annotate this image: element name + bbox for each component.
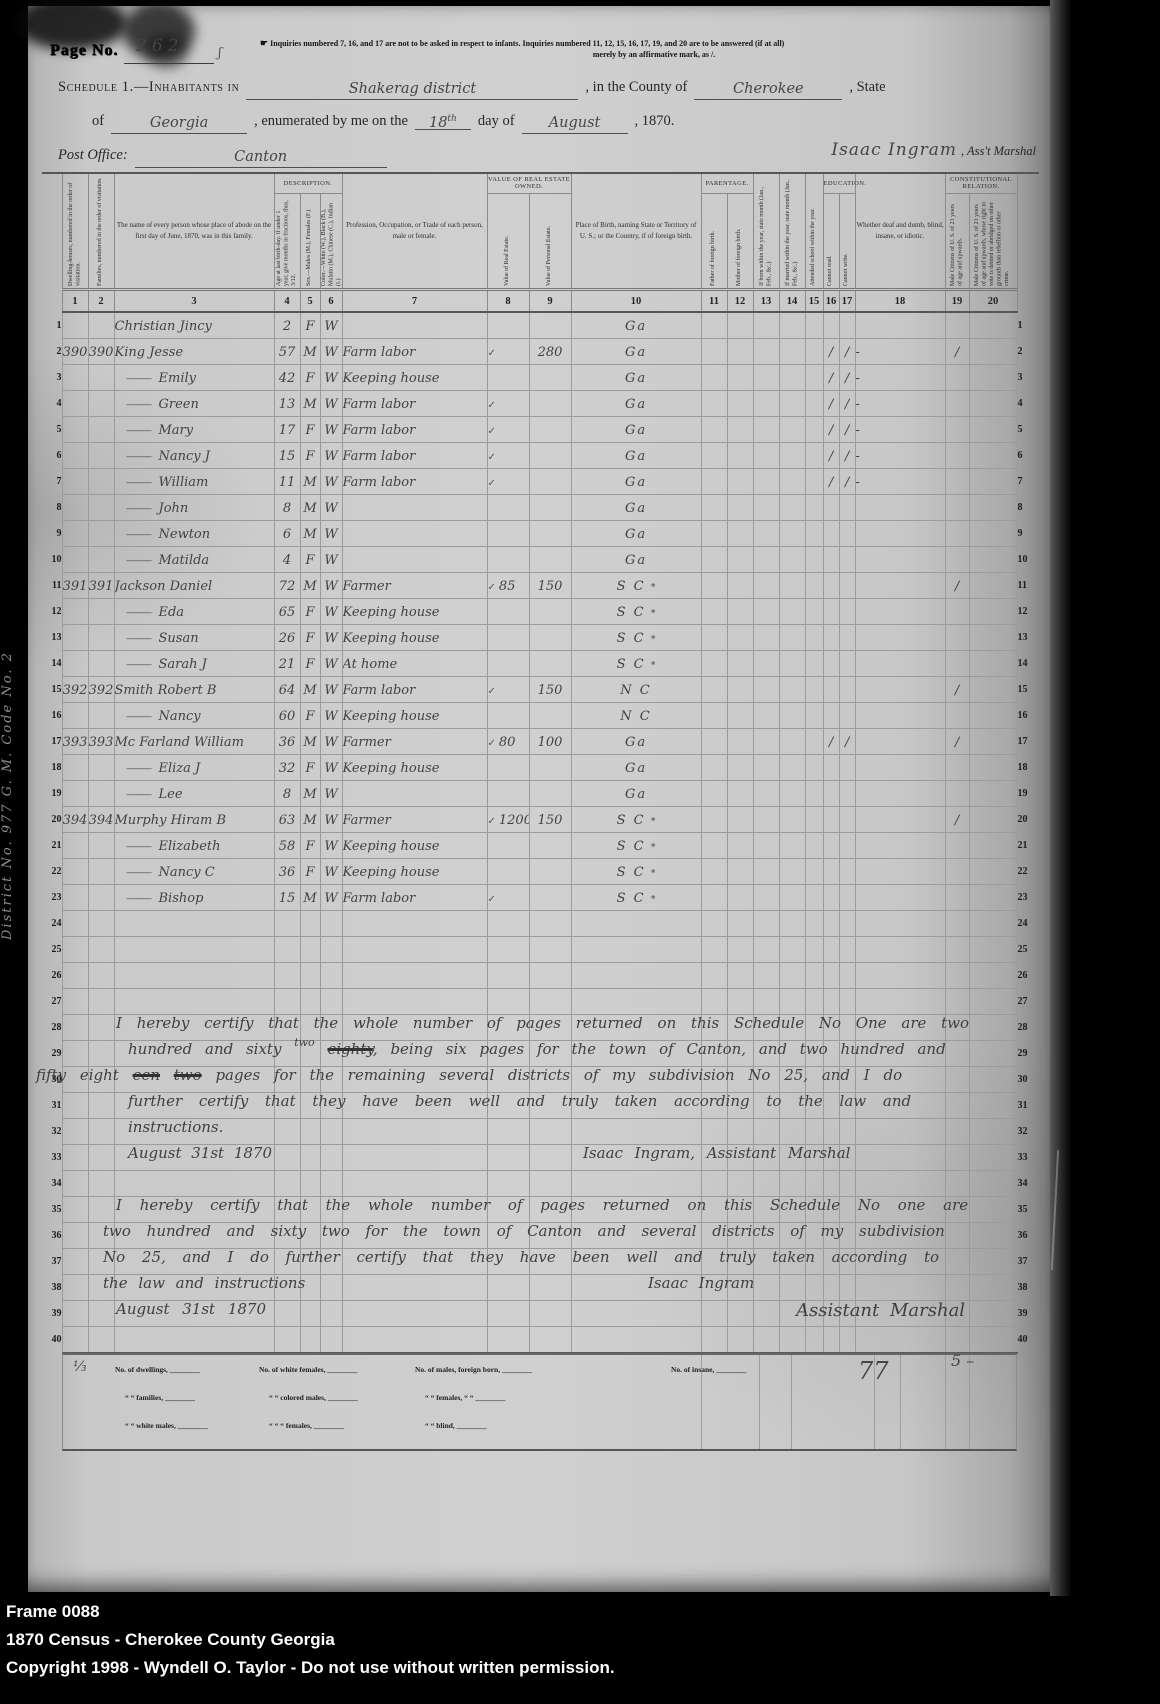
sex-cell — [300, 1171, 320, 1197]
row-number-left: 29 — [42, 1041, 62, 1067]
cannot-read-cell: / — [823, 391, 839, 417]
post-office-blank: Canton — [135, 149, 387, 168]
sex-cell: F — [300, 443, 320, 469]
personal-estate-value-cell — [529, 885, 571, 911]
color-cell: W — [320, 391, 342, 417]
vote-denied-cell — [969, 729, 1017, 755]
marshal-signature-block: Isaac Ingram , Ass't Marshal — [831, 140, 1036, 160]
male-citizen-cell — [945, 365, 969, 391]
age-cell: 64 — [274, 677, 300, 703]
summary-left-mark: ⅓ — [73, 1359, 87, 1375]
sex-cell: F — [300, 312, 320, 339]
summary-insane-label: No. of insane, ________ — [671, 1365, 746, 1374]
mother-foreign-cell — [727, 989, 753, 1015]
age-cell — [274, 1119, 300, 1145]
row-number-right: 37 — [1017, 1249, 1039, 1275]
occupation-cell — [342, 989, 487, 1015]
family-number-cell — [88, 859, 114, 885]
birthplace-cell: Ga — [571, 365, 701, 391]
real-estate-value-cell: ✓ — [487, 417, 529, 443]
male-citizen-cell — [945, 703, 969, 729]
personal-estate-value-cell — [529, 365, 571, 391]
row-number-right: 14 — [1017, 651, 1039, 677]
real-estate-value-cell — [487, 963, 529, 989]
row-number-right: 39 — [1017, 1301, 1039, 1327]
census-row: 9——Newton6MWGa9 — [42, 521, 1039, 547]
born-month-cell — [753, 651, 779, 677]
dwelling-number-cell — [62, 755, 88, 781]
real-estate-value-cell — [487, 495, 529, 521]
married-month-cell — [779, 573, 805, 599]
col-header-sex: Sex.—Males (M.), Females (F.) — [300, 193, 320, 289]
census-row: 7——William11MWFarm labor✓Ga//-7 — [42, 469, 1039, 495]
name-cell: King Jesse — [114, 339, 274, 365]
married-month-cell — [779, 911, 805, 937]
cannot-write-cell — [839, 1275, 855, 1301]
cannot-write-cell — [839, 495, 855, 521]
census-row: 2390390King Jesse57MWFarm labor✓280Ga//-… — [42, 339, 1039, 365]
mother-foreign-cell — [727, 443, 753, 469]
row-number-right: 27 — [1017, 989, 1039, 1015]
certification-line: Isaac Ingram — [648, 1274, 754, 1292]
father-foreign-cell — [701, 989, 727, 1015]
cannot-write-cell — [839, 703, 855, 729]
family-number-cell — [88, 1327, 114, 1354]
male-citizen-cell — [945, 1093, 969, 1119]
school-cell — [805, 1119, 823, 1145]
school-cell — [805, 573, 823, 599]
cannot-write-cell — [839, 651, 855, 677]
birthplace-cell — [571, 963, 701, 989]
family-number-cell — [88, 547, 114, 573]
birthplace-cell: Ga — [571, 729, 701, 755]
vote-denied-cell — [969, 1093, 1017, 1119]
dwelling-number-cell: 391 — [62, 573, 88, 599]
row-number-left: 22 — [42, 859, 62, 885]
dwelling-number-cell — [62, 1119, 88, 1145]
row-number-right: 29 — [1017, 1041, 1039, 1067]
mother-foreign-cell — [727, 599, 753, 625]
father-foreign-cell — [701, 495, 727, 521]
inquiries-note: ☛ Inquiries numbered 7, 16, and 17 are n… — [260, 38, 1048, 60]
cannot-write-cell — [839, 859, 855, 885]
personal-estate-value-cell — [529, 625, 571, 651]
color-cell: W — [320, 339, 342, 365]
birthplace-cell — [571, 911, 701, 937]
sex-cell: M — [300, 339, 320, 365]
certification-line: two hundred and sixty two for the town o… — [103, 1222, 945, 1240]
school-cell — [805, 365, 823, 391]
age-cell: 57 — [274, 339, 300, 365]
dwelling-number-cell — [62, 521, 88, 547]
occupation-cell: Keeping house — [342, 365, 487, 391]
disability-cell: - — [855, 391, 945, 417]
real-estate-value-cell — [487, 911, 529, 937]
born-month-cell — [753, 1275, 779, 1301]
vote-denied-cell — [969, 1301, 1017, 1327]
row-number-left: 11 — [42, 573, 62, 599]
disability-cell: - — [855, 365, 945, 391]
cannot-read-cell — [823, 911, 839, 937]
vote-denied-cell — [969, 755, 1017, 781]
census-table: Dwelling-houses, numbered in the order o… — [42, 172, 1039, 1354]
dwelling-number-cell — [62, 365, 88, 391]
occupation-cell — [342, 312, 487, 339]
male-citizen-cell — [945, 651, 969, 677]
dwelling-number-cell: 394 — [62, 807, 88, 833]
born-month-cell — [753, 312, 779, 339]
vote-denied-cell — [969, 1275, 1017, 1301]
sex-cell: F — [300, 599, 320, 625]
occupation-cell: Farm labor — [342, 417, 487, 443]
married-month-cell — [779, 859, 805, 885]
personal-estate-value-cell: 150 — [529, 573, 571, 599]
married-month-cell — [779, 547, 805, 573]
family-number-cell: 390 — [88, 339, 114, 365]
disability-cell — [855, 729, 945, 755]
name-cell: ——Eliza J — [114, 755, 274, 781]
dwelling-number-cell — [62, 1223, 88, 1249]
cannot-write-cell — [839, 989, 855, 1015]
row-number-left: 28 — [42, 1015, 62, 1041]
dwelling-number-cell — [62, 312, 88, 339]
personal-estate-value-cell — [529, 703, 571, 729]
real-estate-value-cell — [487, 833, 529, 859]
cannot-read-cell — [823, 755, 839, 781]
birthplace-cell: S C * — [571, 651, 701, 677]
post-office-value: Canton — [234, 149, 287, 165]
dwelling-number-cell — [62, 703, 88, 729]
age-cell: 2 — [274, 312, 300, 339]
name-cell: ——Susan — [114, 625, 274, 651]
personal-estate-value-cell — [529, 755, 571, 781]
vote-denied-cell — [969, 599, 1017, 625]
family-number-cell — [88, 781, 114, 807]
col-header-school: Attended school within the year. — [805, 173, 823, 290]
male-citizen-cell — [945, 1327, 969, 1354]
color-cell: W — [320, 521, 342, 547]
census-row: 10——Matilda4FWGa10 — [42, 547, 1039, 573]
father-foreign-cell — [701, 859, 727, 885]
col-number: 5 — [300, 290, 320, 313]
summary-blind-label: “ “ blind, ________ — [425, 1421, 487, 1430]
father-foreign-cell — [701, 755, 727, 781]
sex-cell: F — [300, 625, 320, 651]
group-header-education: Education. — [823, 173, 855, 193]
col-header-father-foreign: Father of foreign birth. — [701, 193, 727, 289]
color-cell: W — [320, 703, 342, 729]
occupation-cell: Farmer — [342, 807, 487, 833]
father-foreign-cell — [701, 391, 727, 417]
dwelling-number-cell — [62, 391, 88, 417]
row-number-left: 12 — [42, 599, 62, 625]
male-citizen-cell — [945, 989, 969, 1015]
row-number-right: 20 — [1017, 807, 1039, 833]
male-citizen-cell — [945, 755, 969, 781]
age-cell: 58 — [274, 833, 300, 859]
male-citizen-cell — [945, 1041, 969, 1067]
age-cell: 15 — [274, 443, 300, 469]
book-binding-edge — [1050, 0, 1072, 1596]
disability-cell — [855, 547, 945, 573]
male-citizen-cell — [945, 391, 969, 417]
father-foreign-cell — [701, 937, 727, 963]
vote-denied-cell — [969, 1041, 1017, 1067]
row-number-right: 1 — [1017, 312, 1039, 339]
vote-denied-cell — [969, 885, 1017, 911]
sex-cell — [300, 937, 320, 963]
age-cell: 8 — [274, 495, 300, 521]
married-month-cell — [779, 755, 805, 781]
occupation-cell: Farm labor — [342, 391, 487, 417]
col-number: 10 — [571, 290, 701, 313]
married-month-cell — [779, 989, 805, 1015]
dwelling-number-cell — [62, 1249, 88, 1275]
col-number: 1 — [62, 290, 88, 313]
col-header-born-month: If born within the year, state month (Ja… — [753, 173, 779, 290]
cannot-write-cell — [839, 781, 855, 807]
row-number-right: 16 — [1017, 703, 1039, 729]
vote-denied-cell — [969, 469, 1017, 495]
row-number-right: 13 — [1017, 625, 1039, 651]
county-blank: Cherokee — [694, 81, 842, 100]
male-citizen-cell — [945, 1067, 969, 1093]
census-row: 2626 — [42, 963, 1039, 989]
disability-cell — [855, 885, 945, 911]
dwelling-number-cell — [62, 495, 88, 521]
male-citizen-cell — [945, 495, 969, 521]
name-cell — [114, 1171, 274, 1197]
page-no-value: 262 — [136, 36, 183, 56]
father-foreign-cell — [701, 911, 727, 937]
cannot-read-cell — [823, 1327, 839, 1354]
row-number-left: 15 — [42, 677, 62, 703]
cannot-write-cell — [839, 573, 855, 599]
father-foreign-cell — [701, 963, 727, 989]
born-month-cell — [753, 547, 779, 573]
school-cell — [805, 417, 823, 443]
col-number: 8 — [487, 290, 529, 313]
age-cell — [274, 911, 300, 937]
vote-denied-cell — [969, 937, 1017, 963]
birthplace-cell: Ga — [571, 781, 701, 807]
cannot-write-cell — [839, 937, 855, 963]
real-estate-value-cell — [487, 1327, 529, 1354]
school-cell — [805, 625, 823, 651]
vote-denied-cell — [969, 521, 1017, 547]
row-number-right: 35 — [1017, 1197, 1039, 1223]
cannot-write-cell: / — [839, 417, 855, 443]
occupation-cell — [342, 1275, 487, 1301]
caption-title: 1870 Census - Cherokee County Georgia — [6, 1626, 615, 1654]
vote-denied-cell — [969, 859, 1017, 885]
age-cell: 36 — [274, 729, 300, 755]
mother-foreign-cell — [727, 495, 753, 521]
father-foreign-cell — [701, 833, 727, 859]
family-number-cell — [88, 703, 114, 729]
summary-footer-strip: ⅓No. of dwellings, ________No. of white … — [62, 1353, 1017, 1451]
color-cell: W — [320, 859, 342, 885]
father-foreign-cell — [701, 677, 727, 703]
certification-line: further certify that they have been well… — [128, 1092, 911, 1110]
family-number-cell: 391 — [88, 573, 114, 599]
col-number: 17 — [839, 290, 855, 313]
cannot-write-cell — [839, 521, 855, 547]
family-number-cell — [88, 599, 114, 625]
personal-estate-value-cell — [529, 547, 571, 573]
color-cell: W — [320, 677, 342, 703]
row-number-right: 36 — [1017, 1223, 1039, 1249]
census-row: 14——Sarah J21FWAt homeS C *14 — [42, 651, 1039, 677]
color-cell — [320, 989, 342, 1015]
cannot-write-cell — [839, 911, 855, 937]
age-cell: 21 — [274, 651, 300, 677]
birthplace-cell — [571, 1171, 701, 1197]
school-cell — [805, 495, 823, 521]
disability-cell — [855, 625, 945, 651]
disability-cell — [855, 703, 945, 729]
born-month-cell — [753, 859, 779, 885]
family-number-cell: 394 — [88, 807, 114, 833]
certification-line: I hereby certify that the whole number o… — [116, 1196, 968, 1214]
real-estate-value-cell — [487, 1119, 529, 1145]
male-citizen-cell — [945, 781, 969, 807]
cannot-write-cell: / — [839, 443, 855, 469]
dwelling-number-cell — [62, 859, 88, 885]
row-number-left: 5 — [42, 417, 62, 443]
age-cell: 65 — [274, 599, 300, 625]
vote-denied-cell — [969, 1015, 1017, 1041]
vote-denied-cell — [969, 781, 1017, 807]
real-estate-value-cell — [487, 547, 529, 573]
occupation-cell: Keeping house — [342, 755, 487, 781]
col-number: 6 — [320, 290, 342, 313]
cannot-write-cell — [839, 885, 855, 911]
male-citizen-cell — [945, 859, 969, 885]
cannot-read-cell — [823, 703, 839, 729]
real-estate-value-cell: ✓ — [487, 469, 529, 495]
certification-line: I hereby certify that the whole number o… — [116, 1014, 969, 1032]
vote-denied-cell — [969, 1119, 1017, 1145]
row-number-right: 23 — [1017, 885, 1039, 911]
age-cell: 42 — [274, 365, 300, 391]
row-number-right: 5 — [1017, 417, 1039, 443]
mother-foreign-cell — [727, 1327, 753, 1354]
row-number-left: 37 — [42, 1249, 62, 1275]
col-number: 3 — [114, 290, 274, 313]
family-number-cell — [88, 1171, 114, 1197]
age-cell: 26 — [274, 625, 300, 651]
row-number-left: 34 — [42, 1171, 62, 1197]
census-row: 18——Eliza J32FWKeeping houseGa18 — [42, 755, 1039, 781]
born-month-cell — [753, 625, 779, 651]
dwelling-number-cell — [62, 1197, 88, 1223]
mother-foreign-cell — [727, 677, 753, 703]
age-cell: 8 — [274, 781, 300, 807]
cannot-read-cell: / — [823, 729, 839, 755]
family-number-cell — [88, 885, 114, 911]
family-number-cell — [88, 495, 114, 521]
color-cell: W — [320, 573, 342, 599]
personal-estate-value-cell: 150 — [529, 807, 571, 833]
occupation-cell — [342, 495, 487, 521]
personal-estate-value-cell — [529, 312, 571, 339]
cannot-write-cell: / — [839, 391, 855, 417]
certification-line: the law and instructions — [103, 1274, 305, 1292]
name-cell — [114, 963, 274, 989]
father-foreign-cell — [701, 573, 727, 599]
birthplace-cell — [571, 989, 701, 1015]
disability-cell — [855, 312, 945, 339]
row-number-right: 24 — [1017, 911, 1039, 937]
disability-cell: - — [855, 469, 945, 495]
schedule-title-line: Schedule 1.—Inhabitants in Shakerag dist… — [58, 78, 1038, 100]
caption-copyright: Copyright 1998 - Wyndell O. Taylor - Do … — [6, 1654, 615, 1682]
row-number-right: 26 — [1017, 963, 1039, 989]
born-month-cell — [753, 807, 779, 833]
birthplace-cell: N C — [571, 703, 701, 729]
row-number-right: 32 — [1017, 1119, 1039, 1145]
vote-denied-cell — [969, 1327, 1017, 1354]
occupation-cell — [342, 521, 487, 547]
census-row: 2424 — [42, 911, 1039, 937]
disability-cell — [855, 573, 945, 599]
school-cell — [805, 469, 823, 495]
image-caption: Frame 0088 1870 Census - Cherokee County… — [6, 1598, 615, 1682]
census-row: 12——Eda65FWKeeping houseS C *12 — [42, 599, 1039, 625]
family-number-cell — [88, 1119, 114, 1145]
name-cell: ——Mary — [114, 417, 274, 443]
family-number-cell — [88, 365, 114, 391]
vote-denied-cell — [969, 833, 1017, 859]
mother-foreign-cell — [727, 625, 753, 651]
col-header-male-citizen: Male Citizens of U. S. of 21 years of ag… — [945, 193, 969, 289]
name-cell: Murphy Hiram B — [114, 807, 274, 833]
born-month-cell — [753, 703, 779, 729]
married-month-cell — [779, 443, 805, 469]
enumerated-label: , enumerated by me on the — [254, 113, 408, 129]
cannot-write-cell — [839, 1119, 855, 1145]
row-number-left: 10 — [42, 547, 62, 573]
name-cell: ——Green — [114, 391, 274, 417]
born-month-cell — [753, 911, 779, 937]
occupation-cell: Keeping house — [342, 703, 487, 729]
real-estate-value-cell: ✓80 — [487, 729, 529, 755]
color-cell: W — [320, 443, 342, 469]
certification-line: No 25, and I do further certify that the… — [103, 1248, 939, 1266]
father-foreign-cell — [701, 1119, 727, 1145]
strip-vertical-rule — [900, 1355, 901, 1449]
dwelling-number-cell — [62, 885, 88, 911]
male-citizen-cell: / — [945, 807, 969, 833]
disability-cell — [855, 1119, 945, 1145]
mother-foreign-cell — [727, 1119, 753, 1145]
birthplace-cell: Ga — [571, 443, 701, 469]
occupation-cell — [342, 547, 487, 573]
pointing-hand-icon: ☛ — [260, 38, 268, 48]
row-number-left: 20 — [42, 807, 62, 833]
vote-denied-cell — [969, 807, 1017, 833]
age-cell: 17 — [274, 417, 300, 443]
married-month-cell — [779, 703, 805, 729]
occupation-cell: Farm labor — [342, 469, 487, 495]
cannot-read-cell: / — [823, 469, 839, 495]
row-number-left: 4 — [42, 391, 62, 417]
father-foreign-cell — [701, 599, 727, 625]
row-number-left: 13 — [42, 625, 62, 651]
personal-estate-value-cell: 150 — [529, 677, 571, 703]
row-number-right: 19 — [1017, 781, 1039, 807]
